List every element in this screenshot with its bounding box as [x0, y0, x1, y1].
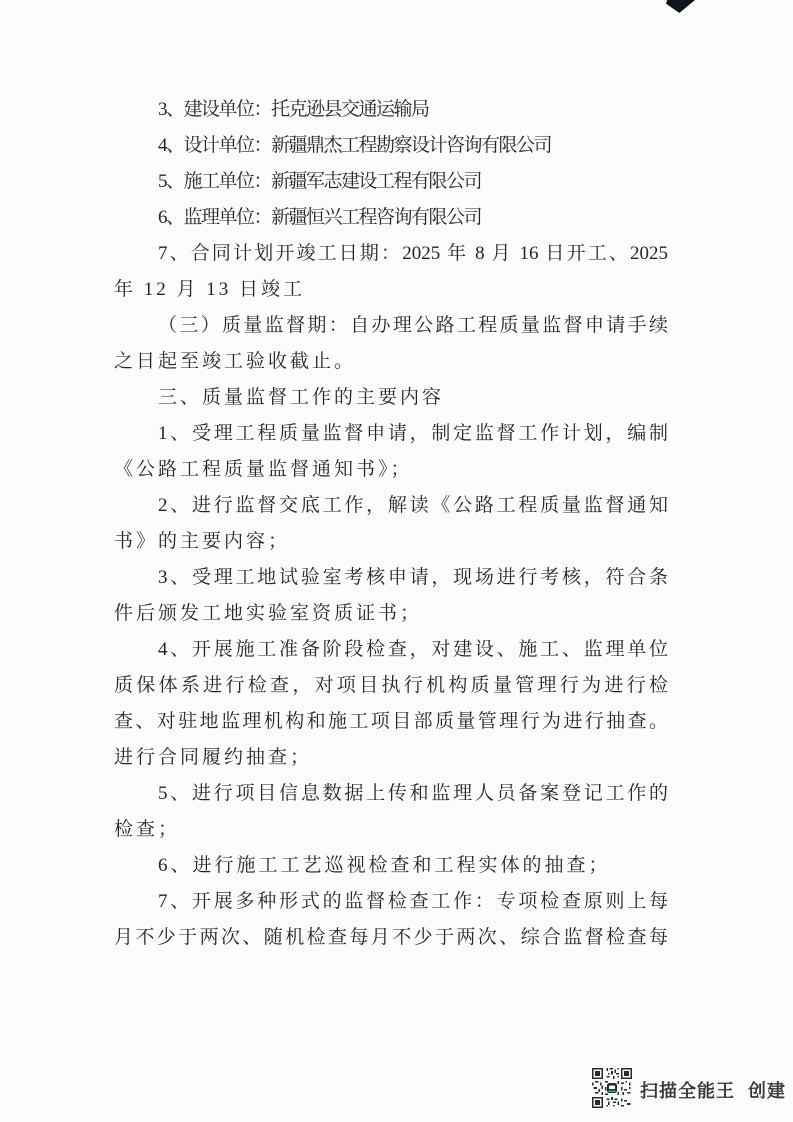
document-body: 3、建设单位：托克逊县交通运输局4、设计单位：新疆鼎杰工程勘察设计咨询有限公司5…	[114, 92, 668, 956]
text-line: 7、开展多种形式的监督检查工作：专项检查原则上每	[114, 884, 668, 920]
text-line: （三）质量监督期：自办理公路工程质量监督申请手续	[114, 308, 668, 344]
text-line: 查、对驻地监理机构和施工项目部质量管理行为进行抽查。	[114, 704, 668, 740]
text-line: 5、进行项目信息数据上传和监理人员备案登记工作的	[114, 776, 668, 812]
text-line: 1、受理工程质量监督申请，制定监督工作计划，编制	[114, 416, 668, 452]
text-line: 《公路工程质量监督通知书》；	[114, 452, 668, 488]
text-line: 进行合同履约抽查；	[114, 740, 668, 776]
text-line: 2、进行监督交底工作，解读《公路工程质量监督通知	[114, 488, 668, 524]
watermark-text: 扫描全能王 创建	[640, 1077, 786, 1103]
scanner-watermark: 扫描全能王 创建	[592, 1068, 792, 1110]
text-line: 之日起至竣工验收截止。	[114, 344, 668, 380]
text-line: 6、监理单位：新疆恒兴工程咨询有限公司	[114, 200, 668, 236]
text-line: 检查；	[114, 812, 668, 848]
text-line: 4、设计单位：新疆鼎杰工程勘察设计咨询有限公司	[114, 128, 668, 164]
text-line: 3、建设单位：托克逊县交通运输局	[114, 92, 668, 128]
text-line: 质保体系进行检查，对项目执行机构质量管理行为进行检	[114, 668, 668, 704]
text-line: 6、进行施工工艺巡视检查和工程实体的抽查；	[114, 848, 668, 884]
text-line: 4、开展施工准备阶段检查，对建设、施工、监理单位	[114, 632, 668, 668]
scan-corner-artifact	[666, 0, 695, 13]
text-line: 5、施工单位：新疆军志建设工程有限公司	[114, 164, 668, 200]
text-line: 三、质量监督工作的主要内容	[114, 380, 668, 416]
document-page: 3、建设单位：托克逊县交通运输局4、设计单位：新疆鼎杰工程勘察设计咨询有限公司5…	[0, 0, 793, 1122]
text-line: 月不少于两次、随机检查每月不少于两次、综合监督检查每	[114, 920, 668, 956]
text-line: 件后颁发工地实验室资质证书；	[114, 596, 668, 632]
text-line: 3、受理工地试验室考核申请，现场进行考核，符合条	[114, 560, 668, 596]
text-line: 书》的主要内容；	[114, 524, 668, 560]
qr-code-icon	[592, 1068, 632, 1108]
text-line: 年 12 月 13 日竣工	[114, 272, 668, 308]
text-line: 7、合同计划开竣工日期：2025 年 8 月 16 日开工、2025	[114, 236, 668, 272]
